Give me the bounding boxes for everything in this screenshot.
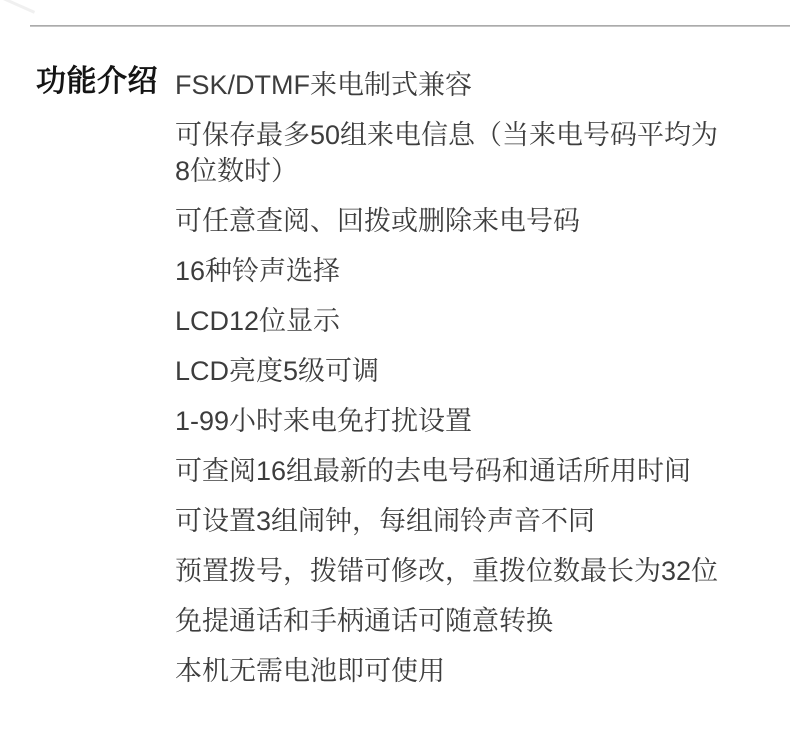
feature-line: LCD亮度5级可调 <box>175 353 735 389</box>
feature-item: 可设置3组闹钟，每组闹铃声音不同 <box>175 503 735 539</box>
section-content: 功能介绍 FSK/DTMF来电制式兼容可保存最多50组来电信息（当来电号码平均为… <box>0 64 790 703</box>
feature-item: 本机无需电池即可使用 <box>175 653 735 689</box>
feature-line: FSK/DTMF来电制式兼容 <box>175 67 735 103</box>
feature-line: 可查阅16组最新的去电号码和通话所用时间 <box>175 453 735 489</box>
feature-item: 免提通话和手柄通话可随意转换 <box>175 603 735 639</box>
feature-item: 可查阅16组最新的去电号码和通话所用时间 <box>175 453 735 489</box>
corner-artifact <box>3 0 35 14</box>
feature-item: FSK/DTMF来电制式兼容 <box>175 67 735 103</box>
feature-item: LCD12位显示 <box>175 303 735 339</box>
feature-line: 1-99小时来电免打扰设置 <box>175 403 735 439</box>
feature-line: 可保存最多50组来电信息（当来电号码平均为 <box>175 117 735 153</box>
feature-item: 可任意查阅、回拨或删除来电号码 <box>175 203 735 239</box>
feature-item: 1-99小时来电免打扰设置 <box>175 403 735 439</box>
feature-line: 本机无需电池即可使用 <box>175 653 735 689</box>
feature-line: 可设置3组闹钟，每组闹铃声音不同 <box>175 503 735 539</box>
feature-line: 16种铃声选择 <box>175 253 735 289</box>
feature-item: 可保存最多50组来电信息（当来电号码平均为8位数时） <box>175 117 735 189</box>
section-divider <box>30 25 790 27</box>
feature-line: LCD12位显示 <box>175 303 735 339</box>
feature-line: 8位数时） <box>175 153 735 189</box>
feature-line: 预置拨号，拨错可修改，重拨位数最长为32位 <box>175 553 735 589</box>
feature-item: 16种铃声选择 <box>175 253 735 289</box>
product-feature-section: 功能介绍 FSK/DTMF来电制式兼容可保存最多50组来电信息（当来电号码平均为… <box>0 0 790 755</box>
section-heading: 功能介绍 <box>0 64 175 100</box>
feature-list: FSK/DTMF来电制式兼容可保存最多50组来电信息（当来电号码平均为8位数时）… <box>175 67 735 703</box>
feature-line: 可任意查阅、回拨或删除来电号码 <box>175 203 735 239</box>
feature-item: LCD亮度5级可调 <box>175 353 735 389</box>
feature-item: 预置拨号，拨错可修改，重拨位数最长为32位 <box>175 553 735 589</box>
feature-line: 免提通话和手柄通话可随意转换 <box>175 603 735 639</box>
